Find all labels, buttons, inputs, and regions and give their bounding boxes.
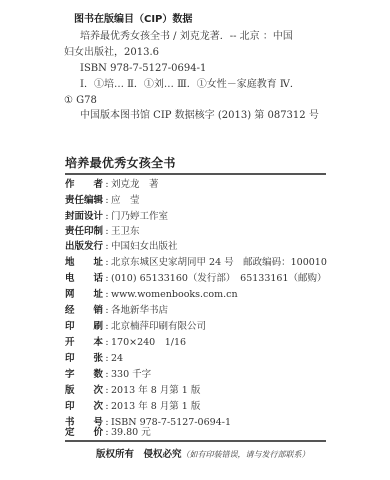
copyright-notice: 版权所有 侵权必究（如有印装错误，请与发行部联系）	[96, 449, 310, 461]
misprint-note: （如有印装错误，请与发行部联系）	[182, 450, 310, 459]
cip-line-class-code: ① G78	[64, 95, 97, 107]
colophon-row-website: 网 址:www.womenbooks.com.cn	[65, 289, 238, 301]
colophon-row-edition: 版 次:2013 年 8 月第 1 版	[65, 385, 200, 397]
colophon-row-phone: 电 话:(010) 65133160（发行部） 65133161（邮购）	[65, 273, 327, 285]
row-value: 应 莹	[111, 195, 140, 207]
row-label: 网 址	[65, 289, 103, 301]
colophon-row-author: 作 者:刘克龙 著	[65, 179, 159, 191]
row-label: 版 次	[65, 385, 103, 397]
cip-line-isbn: ISBN 978-7-5127-0694-1	[80, 63, 206, 75]
row-label: 责任印制	[65, 226, 103, 238]
row-value: 中国妇女出版社	[111, 241, 178, 253]
row-value: 2013 年 8 月第 1 版	[111, 385, 200, 397]
row-label: 地 址	[65, 257, 103, 269]
row-value: 刘克龙 著	[111, 179, 159, 191]
row-label: 印 张	[65, 353, 103, 365]
row-label: 作 者	[65, 179, 103, 191]
row-value: 170×240 1/16	[111, 337, 186, 349]
cip-line-classification: Ⅰ．①培… Ⅱ．①刘… Ⅲ．①女性－家庭教育 Ⅳ．	[80, 79, 300, 91]
row-label: 印 刷	[65, 321, 103, 333]
row-label: 责任编辑	[65, 195, 103, 207]
copyright-page: 图书在版编目（CIP）数据 培养最优秀女孩全书 / 刘克龙著．-- 北京 ：中国…	[0, 0, 390, 480]
colophon-row-format: 开 本:170×240 1/16	[65, 337, 186, 349]
row-value: 门乃婷工作室	[111, 211, 168, 223]
row-value: 24	[111, 353, 123, 365]
row-value: www.womenbooks.com.cn	[111, 289, 238, 301]
row-value: 北京东城区史家胡同甲 24 号 邮政编码：100010	[111, 257, 327, 269]
cip-line-title: 培养最优秀女孩全书 / 刘克龙著．-- 北京 ：中国	[80, 31, 293, 43]
colophon-row-editor: 责任编辑:应 莹	[65, 195, 140, 207]
row-label: 经 销	[65, 305, 103, 317]
row-value: 39.80 元	[111, 427, 151, 439]
row-value: 2013 年 8 月第 1 版	[111, 401, 200, 413]
row-label: 电 话	[65, 273, 103, 285]
row-value: 330 千字	[111, 369, 151, 381]
row-label: 印 次	[65, 401, 103, 413]
colophon-row-printer: 印 刷:北京楠萍印刷有限公司	[65, 321, 206, 333]
colophon-row-distributor: 经 销:各地新华书店	[65, 305, 168, 317]
row-label: 开 本	[65, 337, 103, 349]
colophon-row-publisher: 出版发行:中国妇女出版社	[65, 241, 178, 253]
cip-line-verification: 中国版本图书馆 CIP 数据核字 (2013) 第 087312 号	[80, 110, 319, 122]
cip-line-publisher: 妇女出版社，2013.6	[64, 47, 159, 59]
row-value: (010) 65133160（发行部） 65133161（邮购）	[111, 273, 327, 285]
row-label: 封面设计	[65, 211, 103, 223]
cip-heading: 图书在版编目（CIP）数据	[74, 14, 192, 26]
rights-statement: 版权所有 侵权必究	[96, 449, 182, 460]
colophon-row-print-manager: 责任印制:王卫东	[65, 226, 140, 238]
row-value: 各地新华书店	[111, 305, 168, 317]
colophon-row-word-count: 字 数:330 千字	[65, 369, 151, 381]
book-title: 培养最优秀女孩全书	[65, 156, 176, 170]
row-label: 定 价	[65, 427, 103, 439]
title-divider	[65, 173, 326, 175]
row-label: 字 数	[65, 369, 103, 381]
row-label: 出版发行	[65, 241, 103, 253]
footer-divider	[65, 440, 326, 442]
colophon-row-cover-design: 封面设计:门乃婷工作室	[65, 211, 168, 223]
colophon-row-sheets: 印 张:24	[65, 353, 123, 365]
colophon-row-price: 定 价:39.80 元	[65, 427, 151, 439]
colophon-row-address: 地 址:北京东城区史家胡同甲 24 号 邮政编码：100010	[65, 257, 327, 269]
row-value: 王卫东	[111, 226, 140, 238]
colophon-row-printing: 印 次:2013 年 8 月第 1 版	[65, 401, 200, 413]
row-value: 北京楠萍印刷有限公司	[111, 321, 206, 333]
